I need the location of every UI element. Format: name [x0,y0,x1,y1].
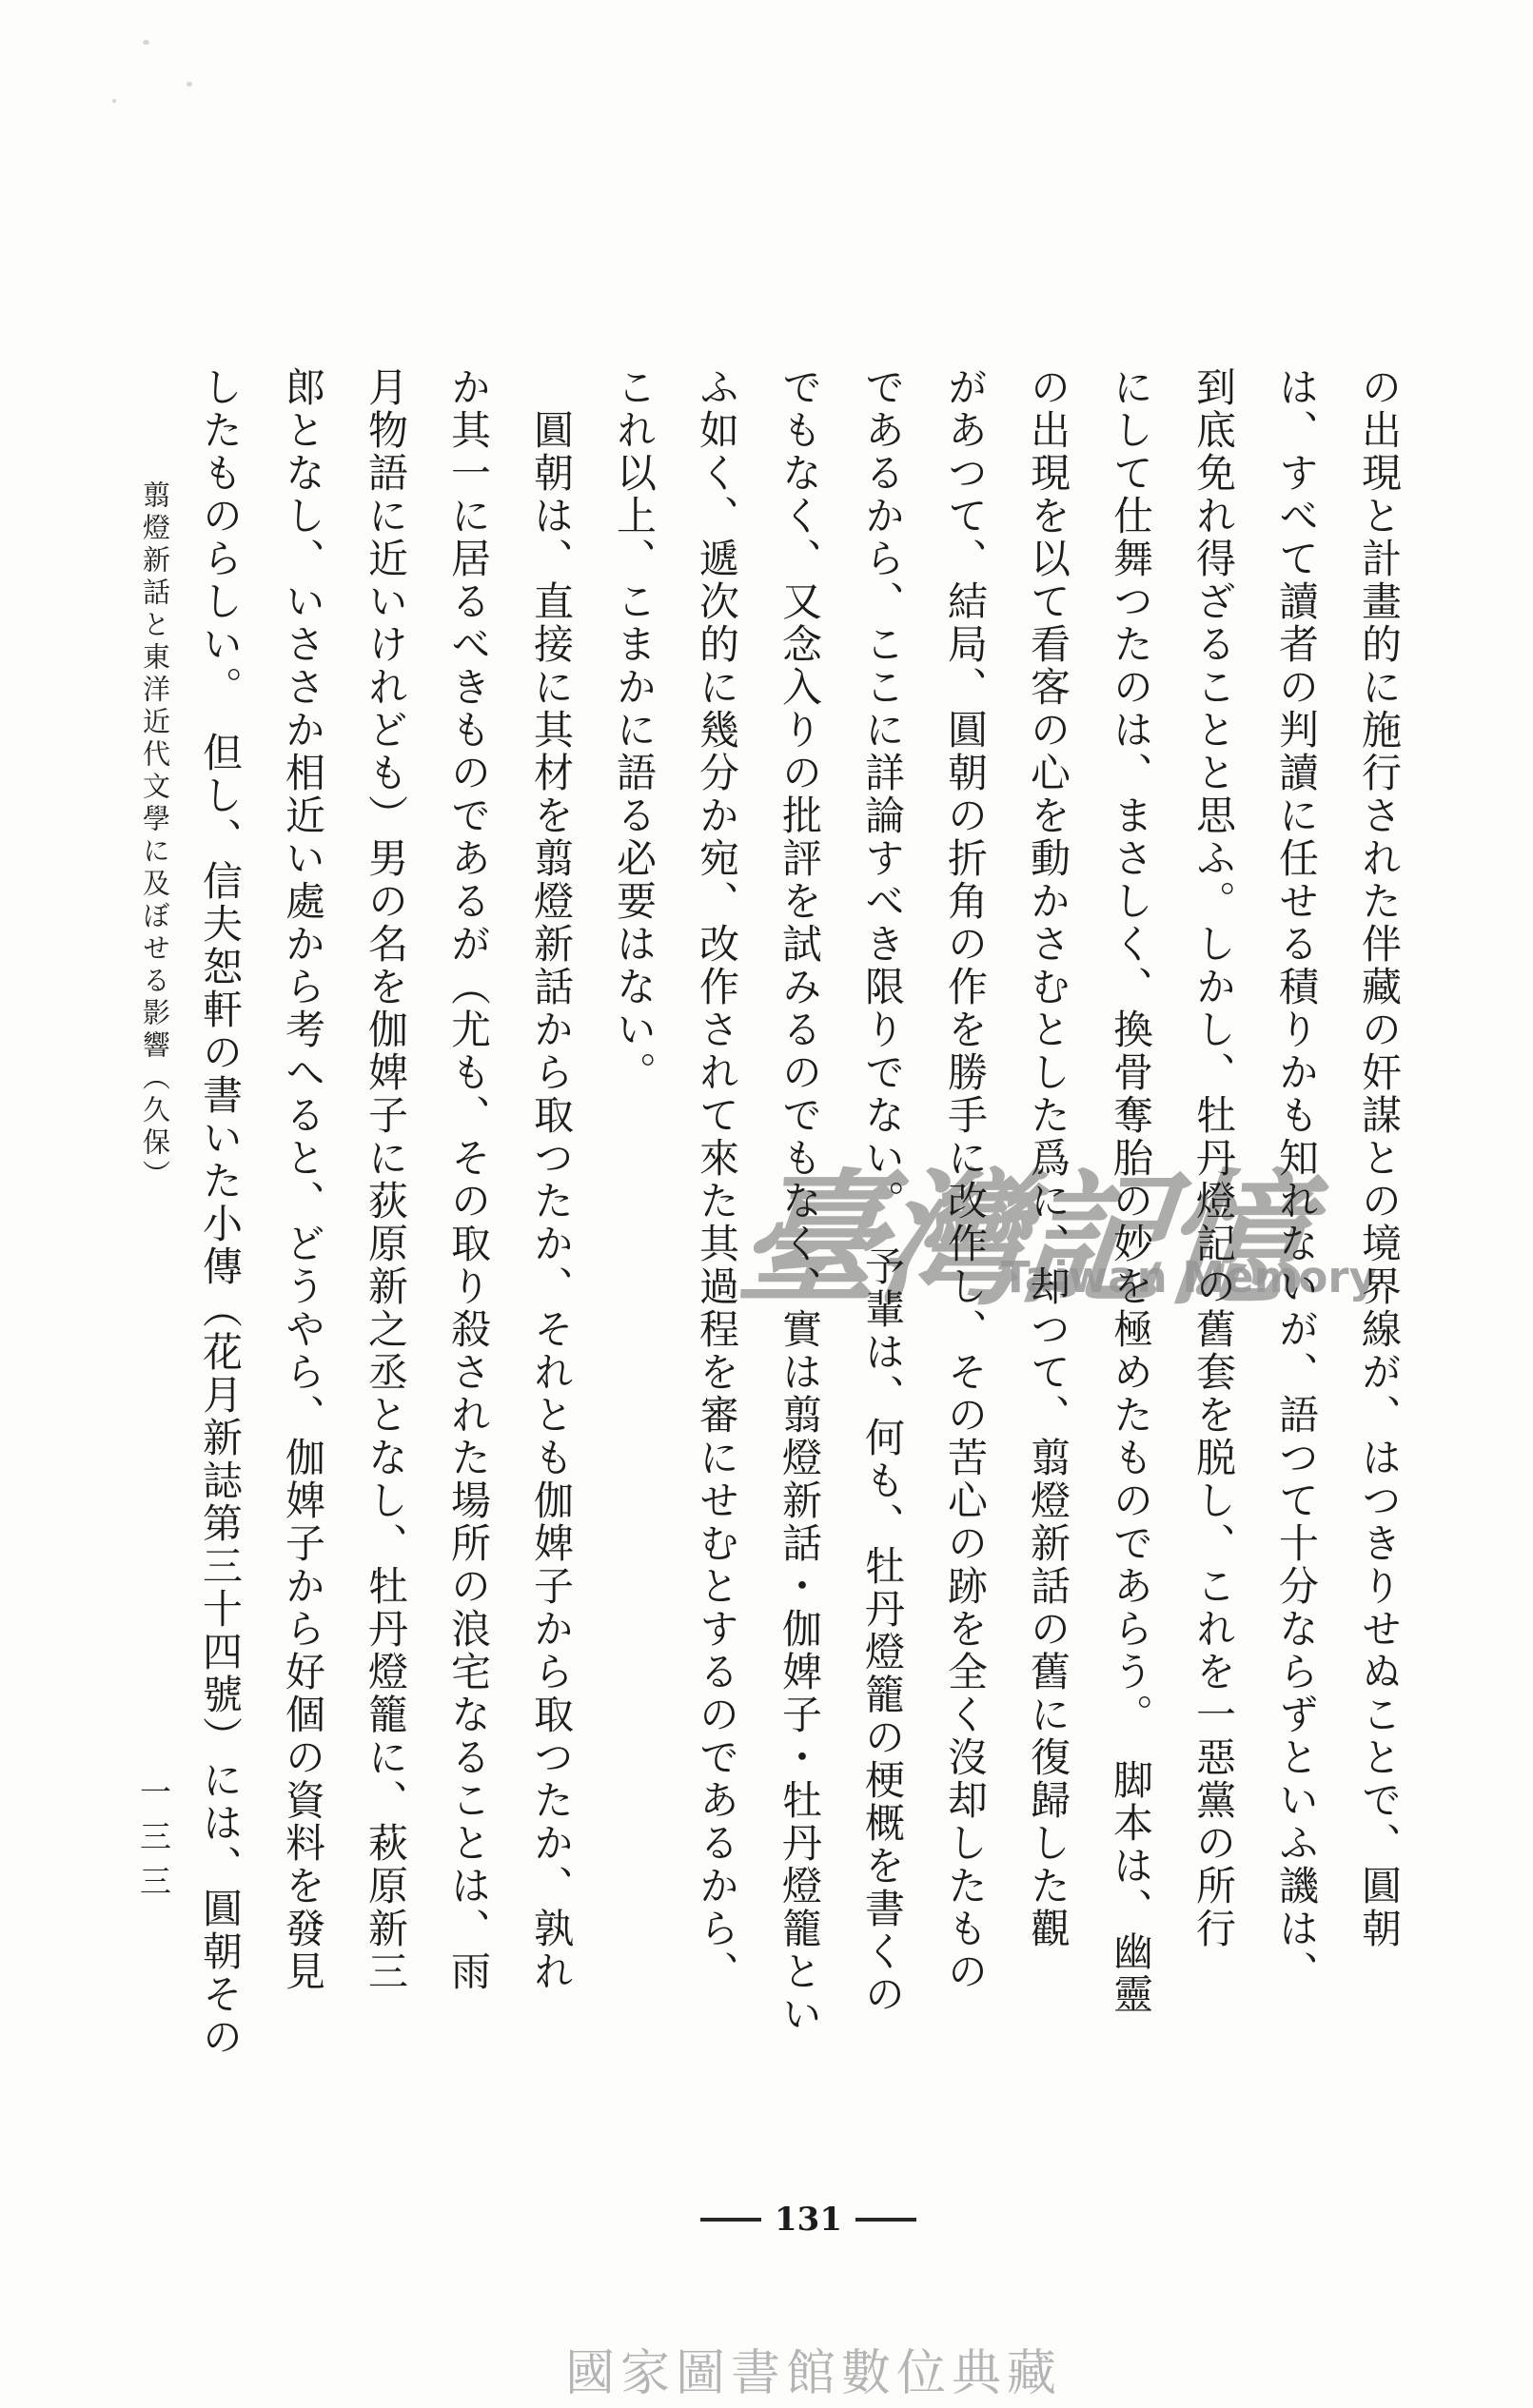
text-column: 圓朝は、直接に其材を翦燈新話から取つたか、それとも伽婢子から取つたか、孰れ [510,366,593,2150]
text-column: にして仕舞つたのは、まさしく、換骨奪胎の妙を極めたものであらう。 脚本は、幽靈 [1090,366,1172,2150]
footer-rule-right [855,2218,916,2222]
scan-speck [143,40,149,45]
text-column: があつて、結局、圓朝の折角の作を勝手に改作し、その苦心の跡を全く沒却したもの [924,366,1007,2150]
text-column: の出現と計畫的に施行された伴藏の奸謀との境界線が、はつきりせぬことで、圓朝 [1338,366,1421,2150]
text-column: これ以上、こまかに語る必要はない。 [593,366,676,2150]
scan-speck [187,82,192,87]
text-column: でもなく、又念入りの批評を試みるのでもなく、實は翦燈新話・伽婢子・牡丹燈籠とい [758,366,841,2150]
text-column: 郎となし、いささか相近い處から考へると、どうやら、伽婢子から好個の資料を發見 [262,366,344,2150]
archive-banner: 國家圖書館數位典藏 [565,2333,1062,2404]
page-footer: 131 [700,2203,916,2236]
text-column: は、すべて讀者の判讀に任せる積りかも知れないが、語つて十分ならずといふ譏は、 [1255,366,1338,2150]
text-column: であるから、ここに詳論すべき限りでない。 予輩は、何も、牡丹燈籠の梗概を書くの [841,366,924,2150]
folio-number-kanji: 一三三 [131,1775,176,1909]
page-number: 131 [775,2203,842,2236]
footer-rule-left [700,2218,761,2222]
text-column: 到底免れ得ざることと思ふ。しかし、牡丹燈記の舊套を脱し、これを一惡黨の所行 [1172,366,1255,2150]
scan-speck [112,99,116,103]
scanned-book-page: 臺灣記憶 Taiwan Memory の出現と計畫的に施行された伴藏の奸謀との境… [0,0,1533,2408]
text-column: 月物語に近いけれども）男の名を伽婢子に荻原新之丞となし、牡丹燈籠に、萩原新三 [344,366,427,2150]
text-column: したものらしい。 但し、信夫恕軒の書いた小傳（花月新誌第三十四號）には、圓朝その [179,366,262,2150]
text-column: ふ如く、遞次的に幾分か宛、改作されて來た其過程を審にせむとするのであるから、 [676,366,758,2150]
running-title: 翦燈新話と東洋近代文學に及ぼせる影響（久保） [136,480,175,1192]
body-text: の出現と計畫的に施行された伴藏の奸謀との境界線が、はつきりせぬことで、圓朝 は、… [179,366,1421,2150]
text-column: か其一に居るべきものであるが（尤も、その取り殺された場所の浪宅なることは、雨 [427,366,510,2150]
text-column: の出現を以て看客の心を動かさむとした爲に、却つて、翦燈新話の舊に復歸した觀 [1007,366,1090,2150]
